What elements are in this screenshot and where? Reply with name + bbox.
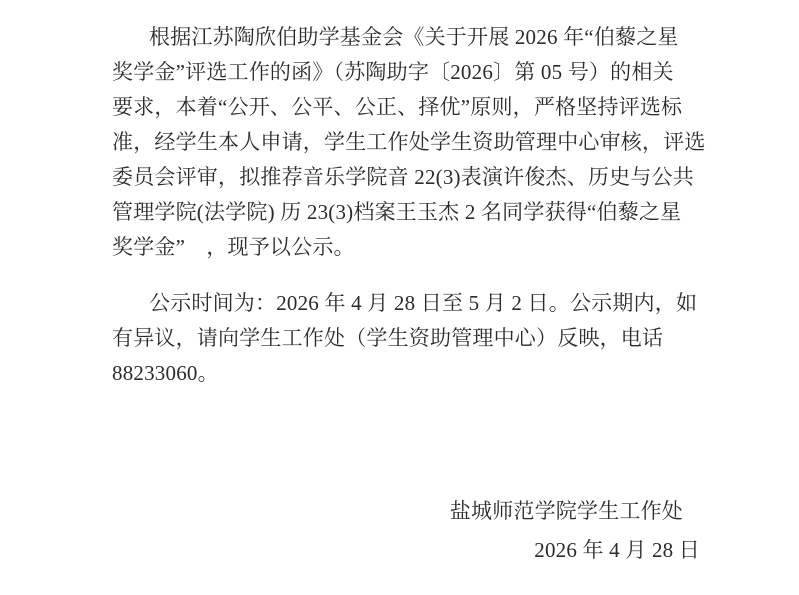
notice-document-page: 根据江苏陶欣伯助学基金会《关于开展 2026 年“伯藜之星 奖学金”评选工作的函… bbox=[0, 0, 799, 595]
text-line: 有异议，请向学生工作处（学生资助管理中心）反映，电话 bbox=[112, 321, 688, 356]
text-line: 准，经学生本人申请，学生工作处学生资助管理中心审核，评选 bbox=[112, 125, 688, 160]
text-line: 奖学金”评选工作的函》（苏陶助字〔2026〕第 05 号）的相关 bbox=[112, 55, 688, 90]
text-line: 管理学院(法学院) 历 23(3)档案王玉杰 2 名同学获得“伯藜之星 bbox=[112, 195, 688, 230]
paragraph-announcement: 根据江苏陶欣伯助学基金会《关于开展 2026 年“伯藜之星 奖学金”评选工作的函… bbox=[112, 20, 688, 265]
text-line: 公示时间为：2026 年 4 月 28 日至 5 月 2 日。公示期内，如 bbox=[112, 286, 688, 321]
paragraph-publicity-period: 公示时间为：2026 年 4 月 28 日至 5 月 2 日。公示期内，如 有异… bbox=[112, 286, 688, 391]
text-line: 奖学金” ，现予以公示。 bbox=[112, 230, 688, 265]
text-line: 委员会评审，拟推荐音乐学院音 22(3)表演许俊杰、历史与公共 bbox=[112, 160, 688, 195]
text-line: 根据江苏陶欣伯助学基金会《关于开展 2026 年“伯藜之星 bbox=[112, 20, 688, 55]
text-line: 88233060。 bbox=[112, 356, 688, 391]
text-line: 要求，本着“公开、公平、公正、择优”原则，严格坚持评选标 bbox=[112, 90, 688, 125]
signature-department: 盐城师范学院学生工作处 bbox=[450, 494, 683, 529]
document-body: 根据江苏陶欣伯助学基金会《关于开展 2026 年“伯藜之星 奖学金”评选工作的函… bbox=[112, 20, 688, 391]
signature-date: 2026 年 4 月 28 日 bbox=[534, 533, 700, 568]
